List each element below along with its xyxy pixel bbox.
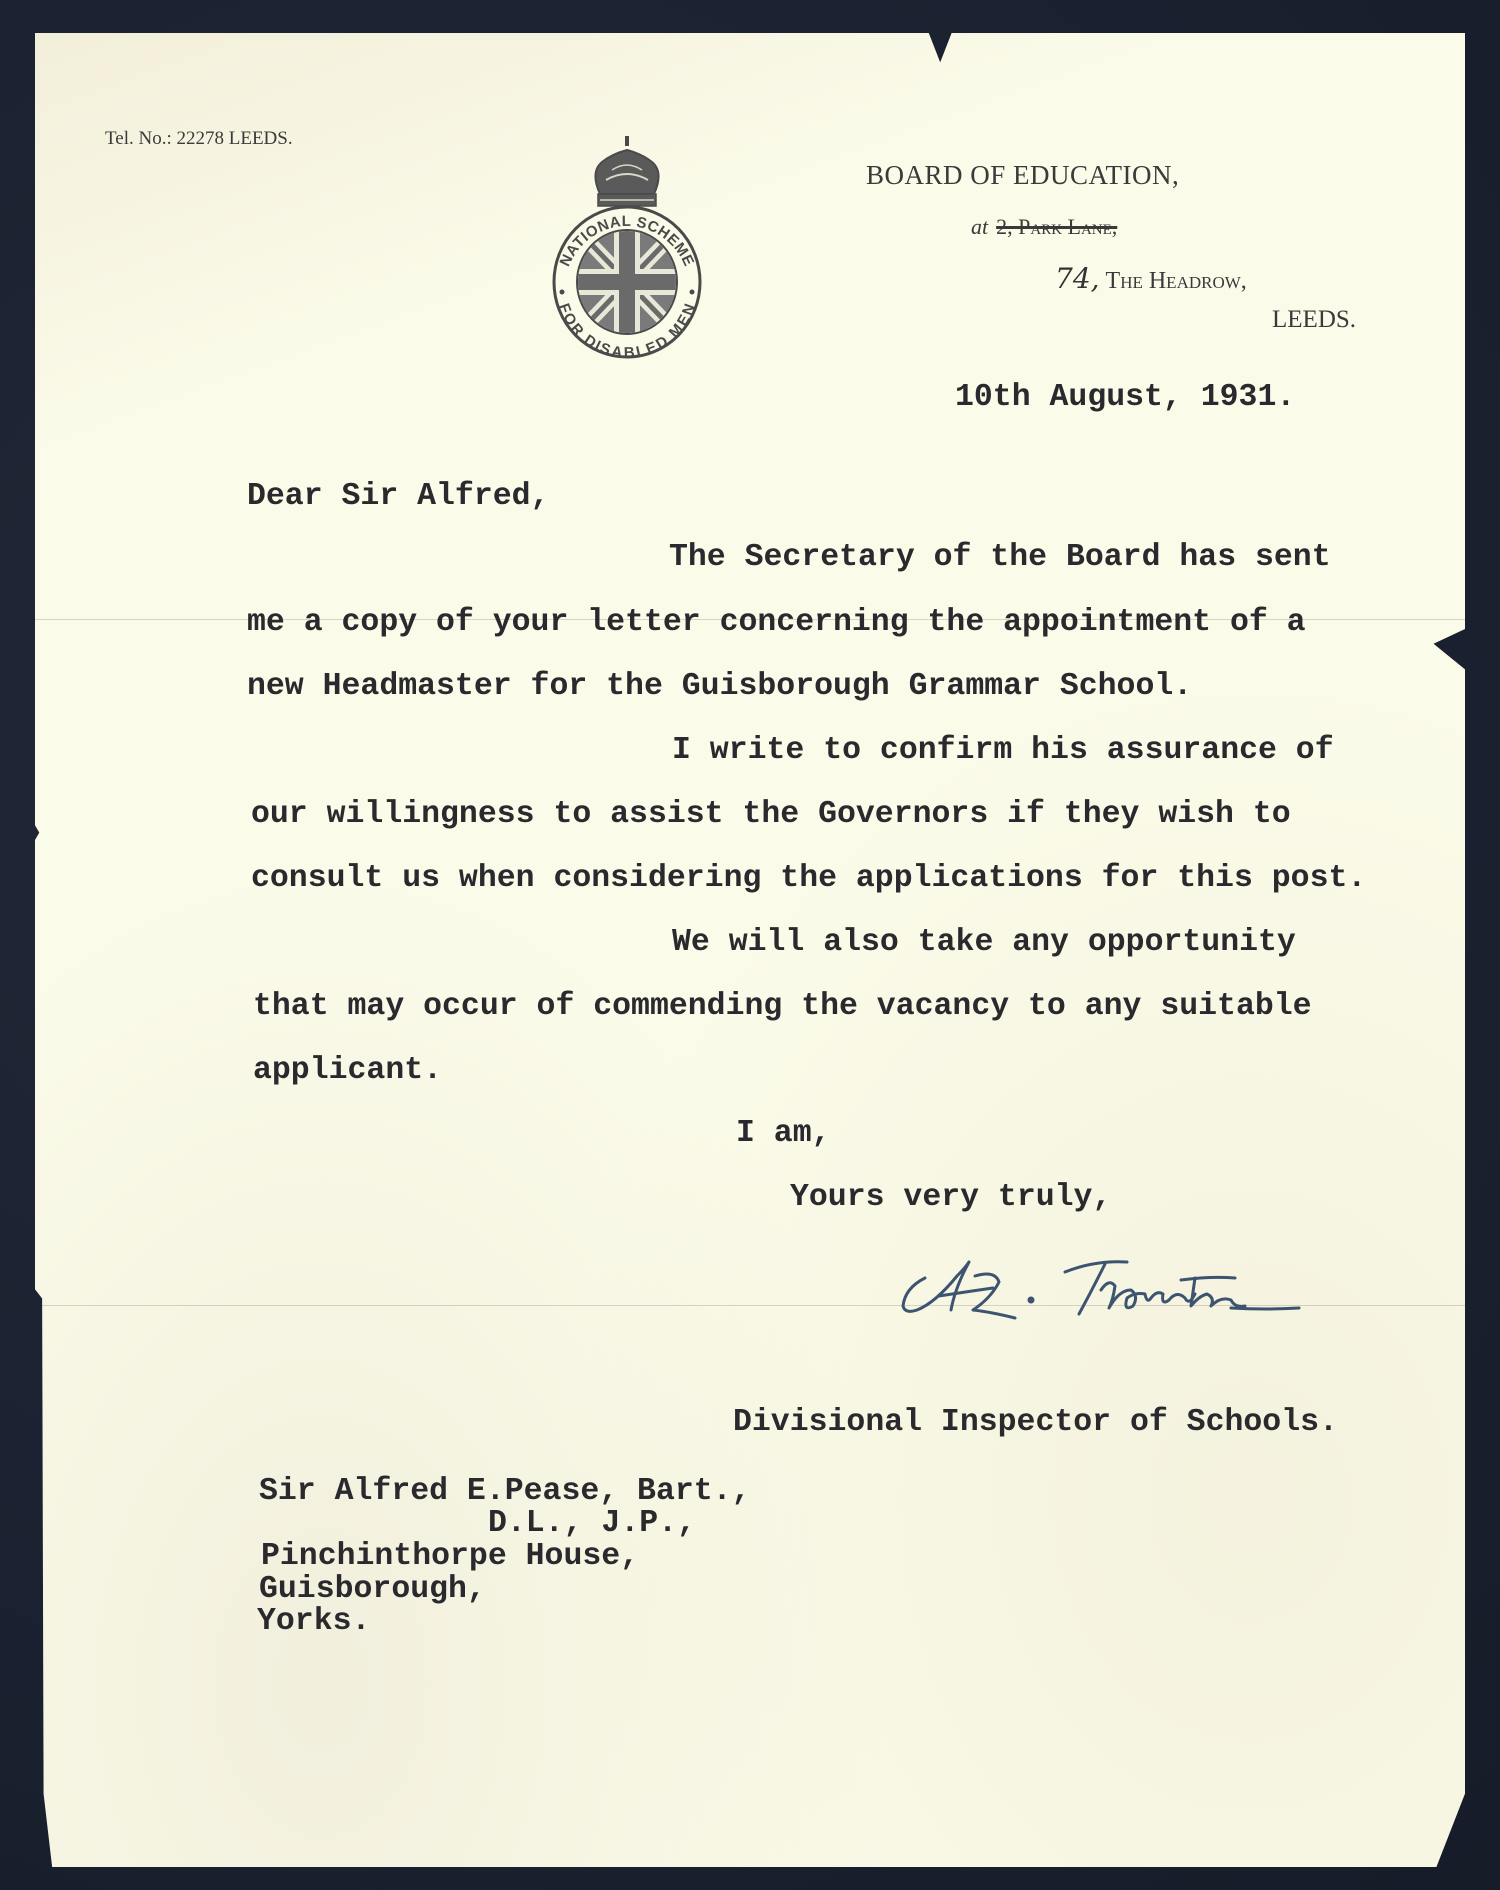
- organization-name: BOARD OF EDUCATION,: [866, 160, 1179, 191]
- struck-through-address: 2, Park Lane,: [996, 214, 1117, 239]
- signatory-title: Divisional Inspector of Schools.: [733, 1405, 1338, 1440]
- signature: [895, 1248, 1315, 1328]
- letter-date: 10th August, 1931.: [955, 380, 1295, 415]
- body-line: We will also take any opportunity: [672, 925, 1296, 960]
- closing-yours-truly: Yours very truly,: [790, 1180, 1111, 1215]
- crown-union-jack-emblem-icon: NATIONAL SCHEME FOR DISABLED MEN: [550, 132, 705, 362]
- body-line: I write to confirm his assurance of: [672, 733, 1334, 768]
- body-line: me a copy of your letter concerning the …: [247, 605, 1306, 640]
- struck-address: at2, Park Lane,: [971, 214, 1117, 240]
- recipient-line: D.L., J.P.,: [488, 1506, 696, 1541]
- address-at: at: [971, 214, 988, 239]
- closing-i-am: I am,: [736, 1116, 831, 1151]
- handwritten-street-number: 74,: [1055, 262, 1100, 295]
- body-line: applicant.: [253, 1053, 442, 1088]
- body-line: consult us when considering the applicat…: [251, 861, 1366, 896]
- salutation: Dear Sir Alfred,: [247, 479, 549, 514]
- body-line: The Secretary of the Board has sent: [669, 540, 1331, 575]
- body-line: new Headmaster for the Guisborough Gramm…: [247, 669, 1192, 704]
- street-name: The Headrow,: [1106, 268, 1247, 294]
- recipient-line: Pinchinthorpe House,: [261, 1539, 639, 1574]
- recipient-line: Guisborough,: [259, 1572, 486, 1607]
- recipient-line: Sir Alfred E.Pease, Bart.,: [259, 1474, 750, 1509]
- city: LEEDS.: [1272, 306, 1356, 334]
- telephone-number: Tel. No.: 22278 LEEDS.: [105, 128, 293, 150]
- recipient-line: Yorks.: [257, 1604, 370, 1639]
- street-address: 74,The Headrow,: [1055, 262, 1247, 295]
- body-line: our willingness to assist the Governors …: [251, 797, 1291, 832]
- body-line: that may occur of commending the vacancy…: [253, 989, 1312, 1024]
